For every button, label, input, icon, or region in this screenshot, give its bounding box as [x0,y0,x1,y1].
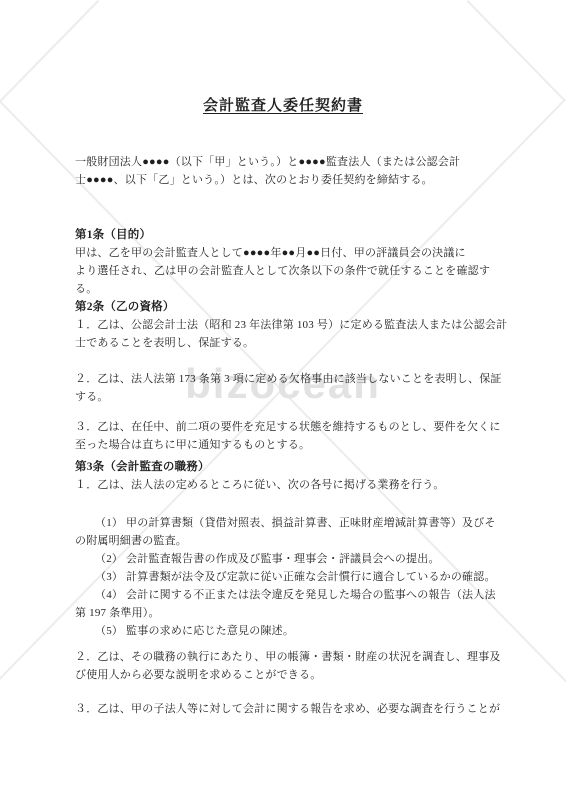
article-2-item-3-line-1: ３．乙は、在任中、前二項の要件を充足する状態を維持するものとし、要件を欠くに [75,418,491,436]
article-3-sub-2-line-1: （2） 会計監査報告書の作成及び監事・理事会・評議員会への提出。 [75,550,491,568]
article-3-sub-3-line-1: （3） 計算書類が法令及び定款に従い正確な会計慣行に適合しているかの確認。 [75,568,491,586]
article-2-item-2-line-1: ２．乙は、法人法第 173 条第 3 項に定める欠格事由に該当しないことを表明し… [75,370,491,388]
article-1: 第1条（目的） 甲は、乙を甲の会計監査人として●●●●年●●月●●日付、甲の評議… [75,226,491,298]
article-2-item-3-line-2: 至った場合は直ちに甲に通知するものとする。 [75,436,491,454]
article-2-item-2-line-2: する。 [75,388,491,406]
article-3-sub-4-line-1: （4） 会計に関する不正または法令違反を発見した場合の監事への報告（法人法 [75,586,491,604]
document-page: bizocean 会計監査人委任契約書 一般財団法人●●●●（以下「甲」という。… [0,0,566,800]
article-3-heading: 第3条（会計監査の職務） [75,458,491,476]
article-1-line-2: より選任され、乙は甲の会計監査人として次条以下の条件で就任することを確認す [75,262,491,280]
article-3: 第3条（会計監査の職務） １．乙は、法人法の定めるところに従い、次の各号に掲げる… [75,458,491,718]
article-2: 第2条（乙の資格） １．乙は、公認会計士法（昭和 23 年法律第 103 号）に… [75,298,491,454]
article-3-item-1-line-1: １．乙は、法人法の定めるところに従い、次の各号に掲げる業務を行う。 [75,476,491,494]
article-1-line-1: 甲は、乙を甲の会計監査人として●●●●年●●月●●日付、甲の評議員会の決議に [75,244,491,262]
article-3-item-2-line-2: び使用人から必要な説明を求めることができる。 [75,666,491,684]
article-2-item-1-line-1: １．乙は、公認会計士法（昭和 23 年法律第 103 号）に定める監査法人または… [75,316,491,334]
article-3-item-2-line-1: ２．乙は、その職務の執行にあたり、甲の帳簿・書類・財産の状況を調査し、理事及 [75,648,491,666]
article-3-item-3-line-1: ３．乙は、甲の子法人等に対して会計に関する報告を求め、必要な調査を行うことが [75,700,491,718]
document-title: 会計監査人委任契約書 [75,96,491,116]
intro-line-1: 一般財団法人●●●●（以下「甲」という。）と●●●●監査法人（または公認会計 [75,153,491,171]
article-3-sub-1-line-1: （1） 甲の計算書類（貸借対照表、損益計算書、正味財産増減計算書等）及びそ [75,514,491,532]
intro-paragraph: 一般財団法人●●●●（以下「甲」という。）と●●●●監査法人（または公認会計 士… [75,153,491,189]
article-2-heading: 第2条（乙の資格） [75,298,491,316]
document-content: 会計監査人委任契約書 一般財団法人●●●●（以下「甲」という。）と●●●●監査法… [0,0,566,800]
article-1-line-3: る。 [75,280,491,298]
article-2-item-1-line-2: 士であることを表明し、保証する。 [75,334,491,352]
intro-line-2: 士●●●●、以下「乙」という。）とは、次のとおり委任契約を締結する。 [75,171,491,189]
article-3-sub-5-line-1: （5） 監事の求めに応じた意見の陳述。 [75,622,491,640]
article-1-heading: 第1条（目的） [75,226,491,244]
article-3-sub-1-line-2: の附属明細書の監査。 [75,532,491,550]
article-3-sub-4-line-2: 第 197 条準用）。 [75,604,491,622]
